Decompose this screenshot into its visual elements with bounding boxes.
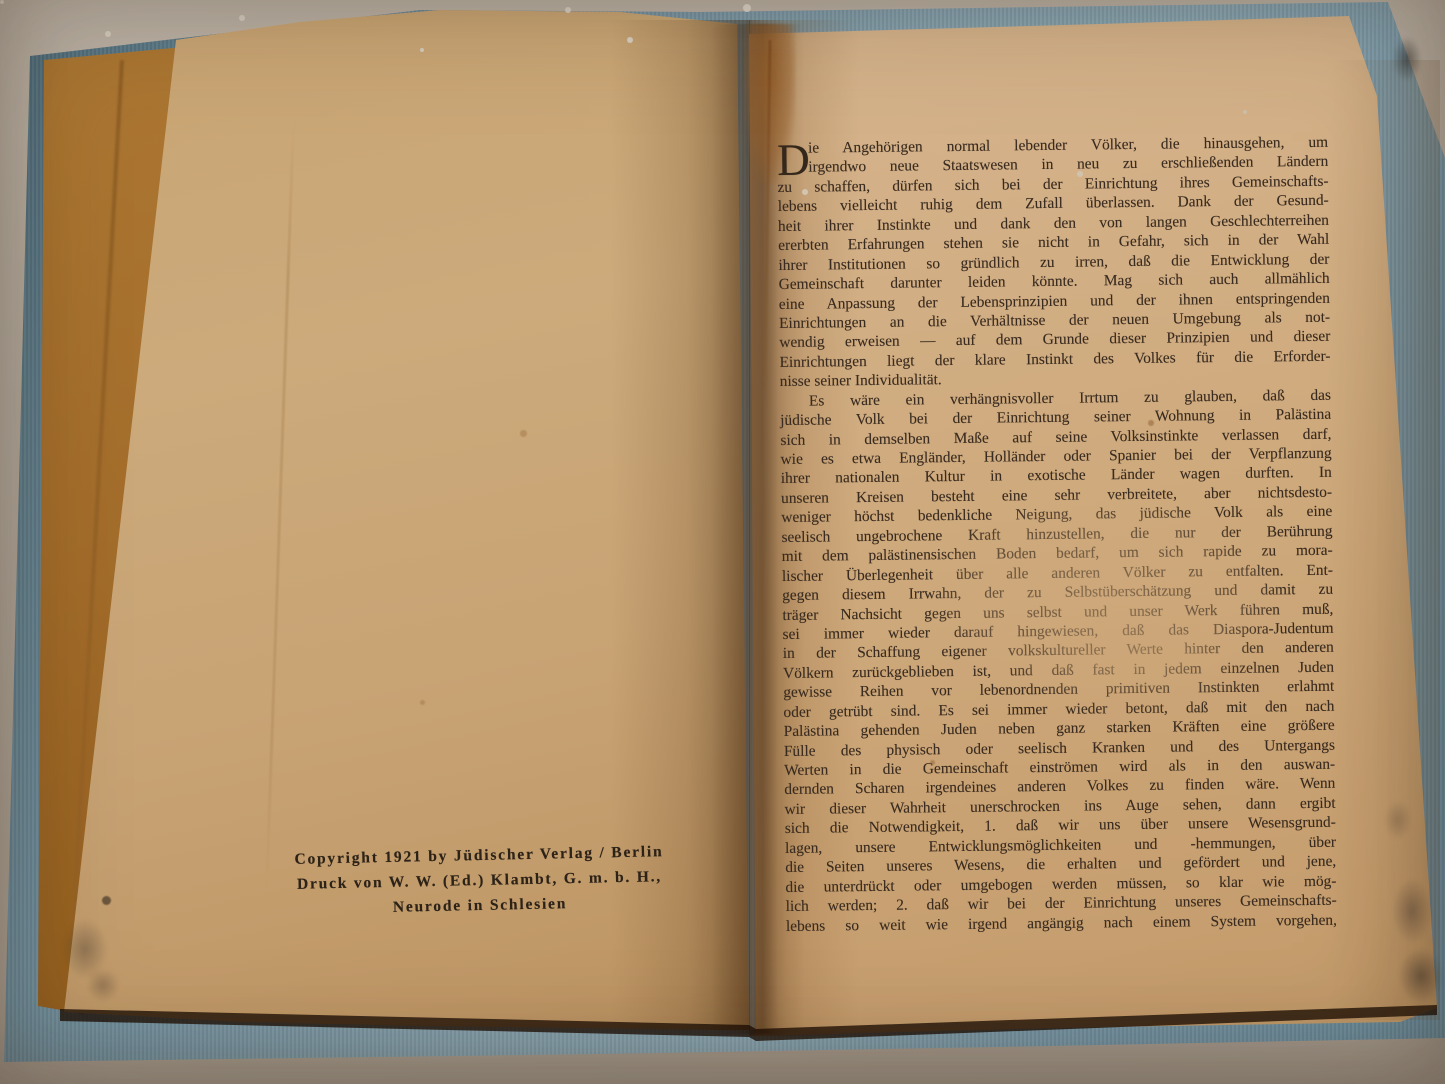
imprint-block: Copyright 1921 by Jüdischer Verlag / Ber…: [251, 838, 707, 923]
smudge-stain: [1392, 878, 1432, 944]
foxing-spot: [1148, 420, 1154, 426]
right-page-edge-shadow: [1330, 60, 1440, 1020]
foxing-spot: [420, 700, 425, 705]
ink-dot-stain: [102, 896, 111, 905]
body-text-lines: ie Angehörigen normal lebender Völker, d…: [777, 133, 1337, 936]
dust-specks: [0, 0, 4, 4]
cover-smudge: [1392, 36, 1422, 82]
body-text-block: D ie Angehörigen normal lebender Völker,…: [777, 133, 1337, 936]
smudge-stain: [1384, 800, 1412, 840]
foxing-spot: [930, 760, 935, 765]
foxing-spot: [520, 430, 527, 437]
smudge-stain: [1398, 948, 1444, 1004]
book-photo: Copyright 1921 by Jüdischer Verlag / Ber…: [0, 0, 1445, 1084]
smudge-stain: [86, 968, 120, 1002]
drop-cap: D: [777, 143, 810, 177]
